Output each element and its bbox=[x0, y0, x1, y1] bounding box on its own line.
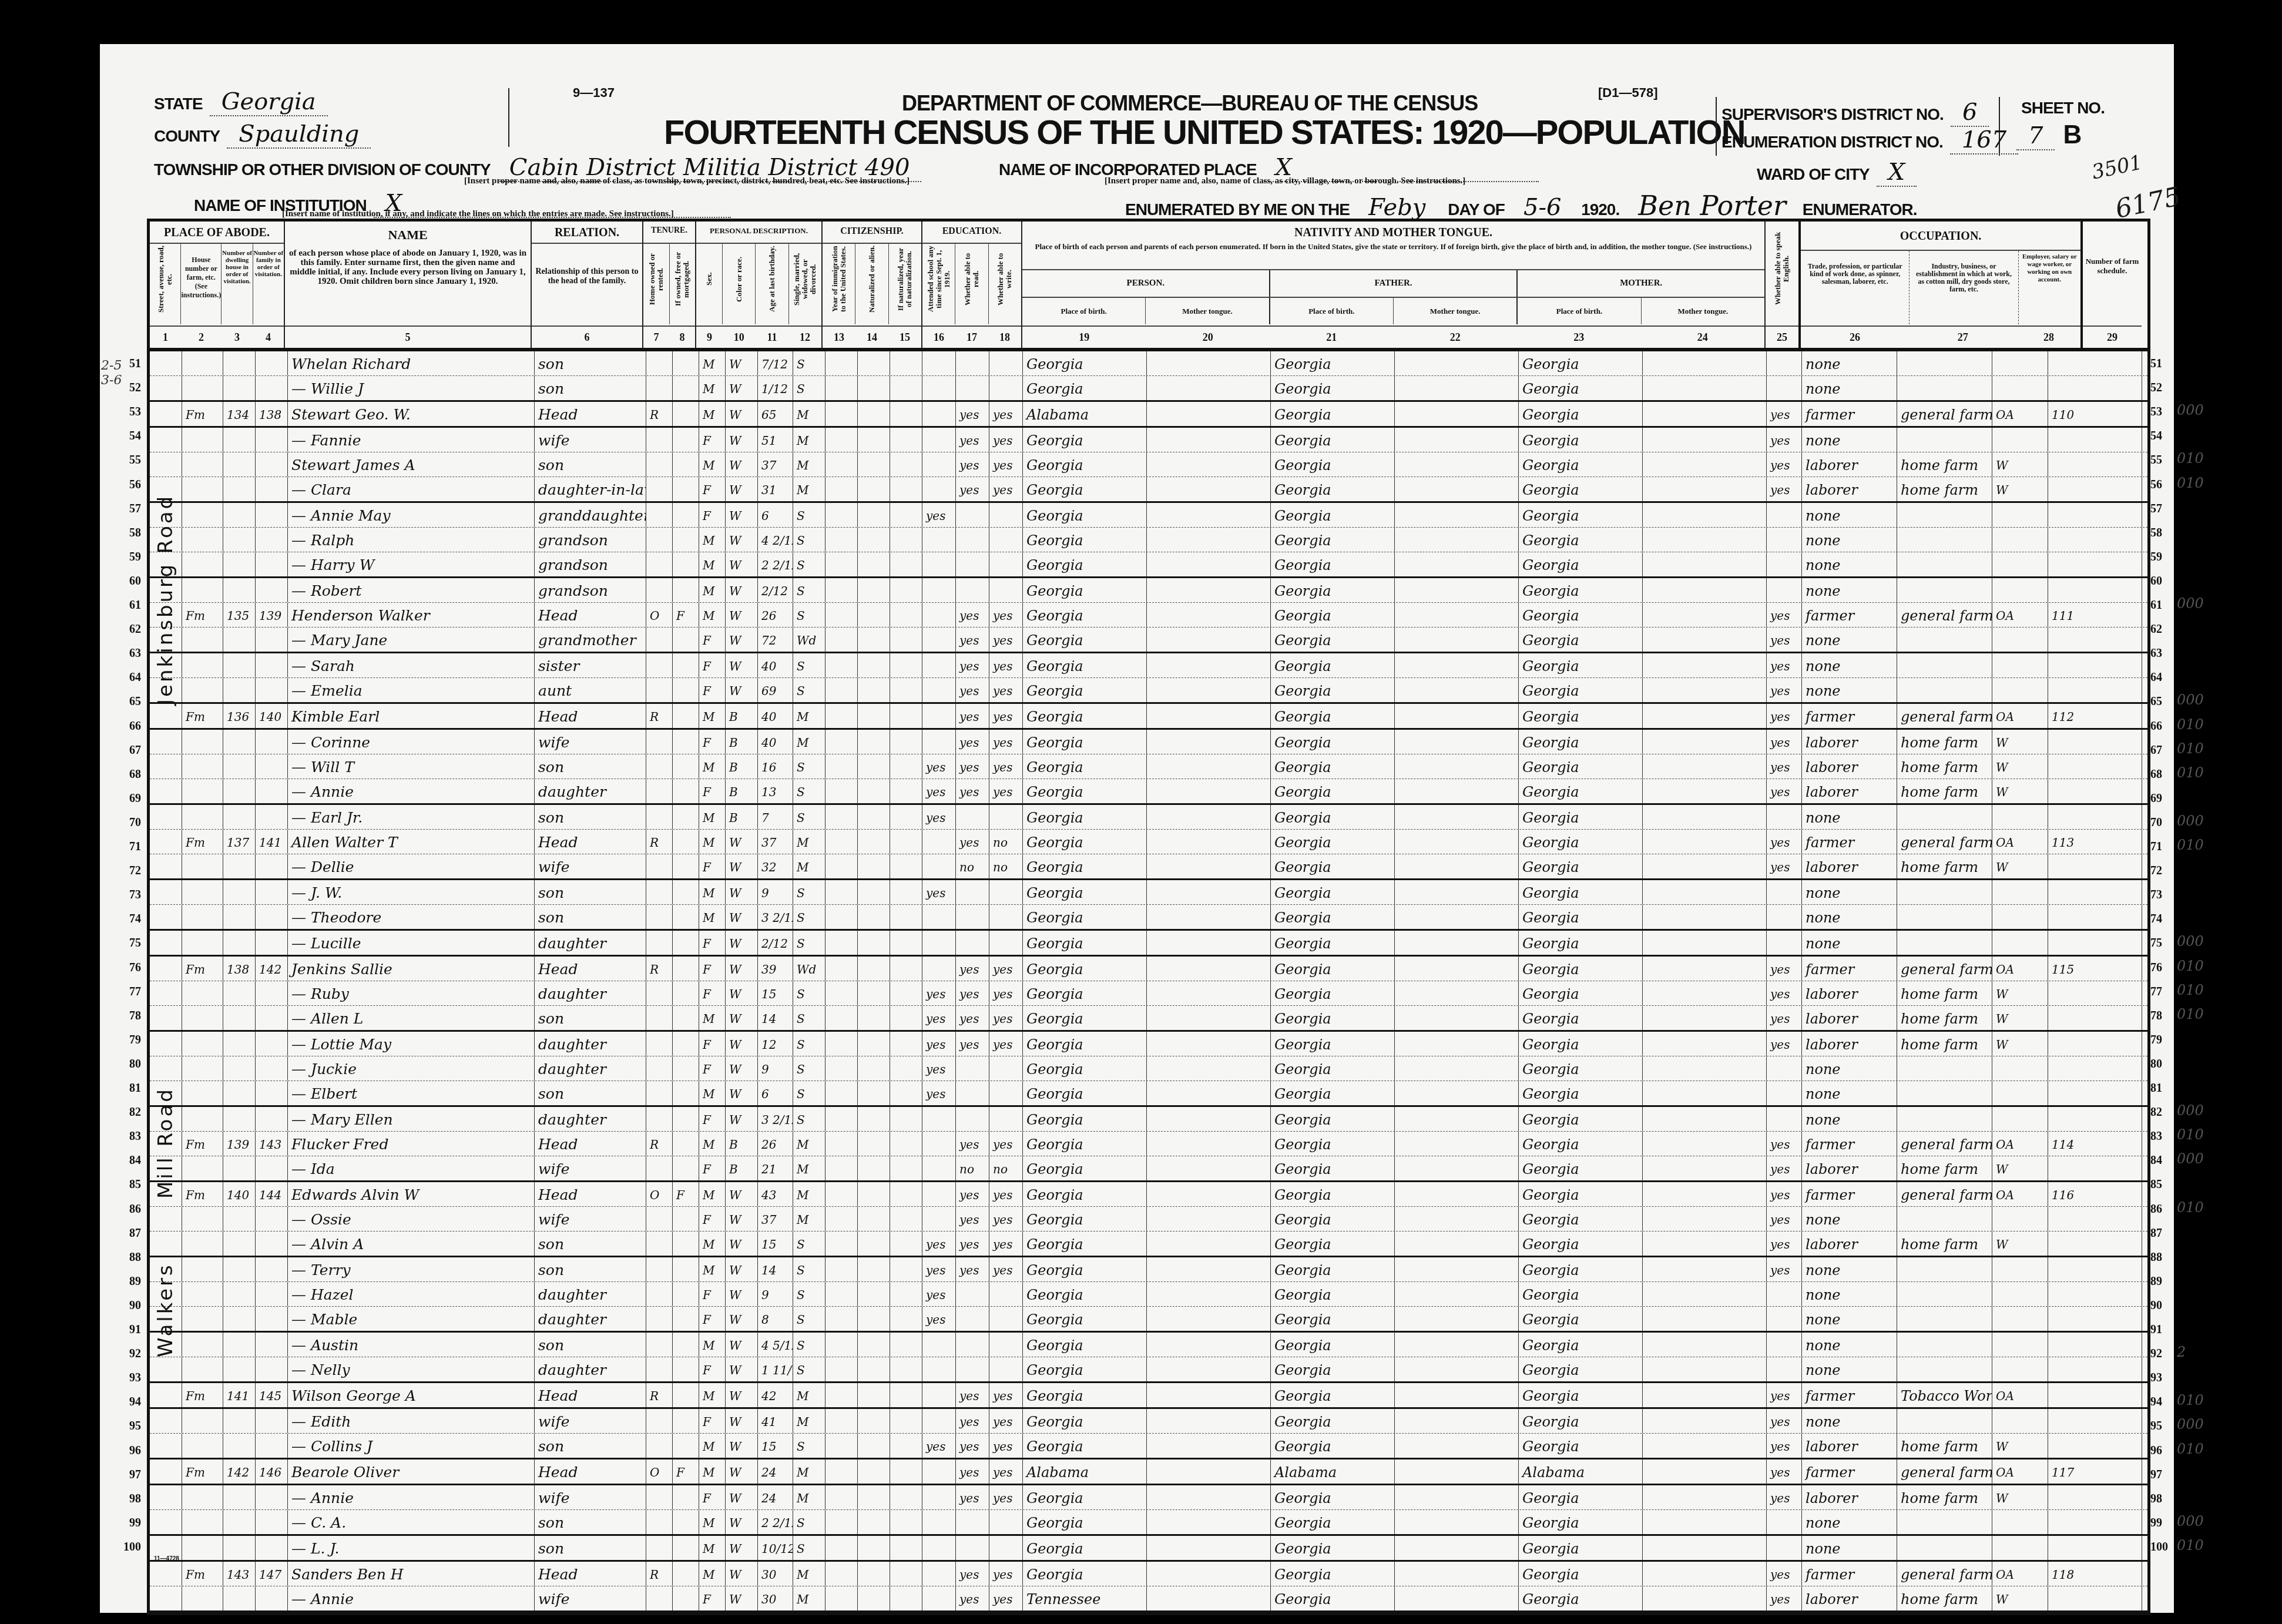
cell-read: yes bbox=[956, 678, 989, 702]
cell-trade: none bbox=[1802, 428, 1897, 452]
cell-sex: M bbox=[699, 1562, 726, 1586]
cell-mortgage bbox=[673, 1207, 699, 1231]
cell-natur bbox=[858, 578, 890, 602]
cell-marital: S bbox=[793, 528, 825, 552]
table-row: — J. W.sonMW9SyesGeorgiaGeorgiaGeorgiano… bbox=[150, 880, 2147, 905]
cell-dwelling bbox=[223, 477, 256, 501]
cell-industry: home farm bbox=[1897, 754, 1992, 779]
cell-class bbox=[1992, 678, 2048, 702]
cell-house bbox=[182, 1081, 223, 1105]
cell-class: W bbox=[1992, 1006, 2048, 1030]
table-row: — ElbertsonMW6SyesGeorgiaGeorgiaGeorgian… bbox=[150, 1081, 2147, 1107]
cell-write: yes bbox=[989, 653, 1023, 677]
cell-trade: none bbox=[1802, 931, 1897, 955]
cell-marital: S bbox=[793, 1056, 825, 1081]
cell-family bbox=[256, 1536, 288, 1560]
cell-name: — Ida bbox=[288, 1156, 535, 1180]
cell-name: — Emelia bbox=[288, 678, 535, 702]
cell-dwelling bbox=[223, 428, 256, 452]
cell-color: B bbox=[726, 730, 758, 754]
line-number-left: 54 bbox=[106, 430, 141, 443]
cell-class bbox=[1992, 503, 2048, 527]
cell-color: W bbox=[726, 1536, 758, 1560]
cell-pob: Georgia bbox=[1023, 1107, 1147, 1131]
cell-ftongue bbox=[1395, 805, 1519, 829]
cell-tenure bbox=[646, 1207, 673, 1231]
cell-farm bbox=[2048, 1536, 2142, 1560]
institution-note: [Insert name of institution, if any, and… bbox=[282, 209, 674, 219]
table-row: — EmeliaauntFW69SyesyesGeorgiaGeorgiaGeo… bbox=[150, 678, 2147, 704]
cell-ftongue bbox=[1395, 628, 1519, 652]
cell-natur bbox=[858, 1485, 890, 1509]
table-row: — AustinsonMW4 5/12SGeorgiaGeorgiaGeorgi… bbox=[150, 1333, 2147, 1357]
cell-name: — Fannie bbox=[288, 428, 535, 452]
cell-dwelling: 139 bbox=[223, 1132, 256, 1156]
table-row: — C. A.sonMW2 2/12SGeorgiaGeorgiaGeorgia… bbox=[150, 1510, 2147, 1536]
cell-english bbox=[1767, 376, 1802, 400]
cell-mpob: Georgia bbox=[1519, 830, 1643, 854]
cell-house bbox=[182, 1056, 223, 1081]
cell-sex: M bbox=[699, 1333, 726, 1357]
cell-ftongue bbox=[1395, 931, 1519, 955]
cell-street bbox=[150, 1459, 182, 1484]
cell-english bbox=[1767, 1307, 1802, 1331]
cell-fpob: Georgia bbox=[1271, 1032, 1395, 1056]
cell-farm: 115 bbox=[2048, 957, 2142, 981]
column-headers: PLACE OF ABODE. Street, avenue, road, et… bbox=[150, 222, 2147, 351]
cell-mpob: Georgia bbox=[1519, 1056, 1643, 1081]
cell-class bbox=[1992, 1409, 2048, 1433]
cell-read bbox=[956, 1081, 989, 1105]
line-number-right: 79 bbox=[2150, 1034, 2162, 1047]
cell-farm bbox=[2048, 1156, 2142, 1180]
table-row: Fm140144Edwards Alvin WHeadOFMW43Myesyes… bbox=[150, 1182, 2147, 1207]
cell-natur bbox=[858, 754, 890, 779]
cell-house bbox=[182, 754, 223, 779]
cell-school bbox=[922, 653, 956, 677]
cell-read bbox=[956, 503, 989, 527]
cell-class bbox=[1992, 653, 2048, 677]
census-title: FOURTEENTH CENSUS OF THE UNITED STATES: … bbox=[664, 113, 1745, 152]
cell-immig bbox=[825, 428, 858, 452]
cell-street bbox=[150, 704, 182, 728]
cell-family: 140 bbox=[256, 704, 288, 728]
cell-age: 9 bbox=[758, 1282, 793, 1306]
cell-english: yes bbox=[1767, 1132, 1802, 1156]
cell-name: — Will T bbox=[288, 754, 535, 779]
cell-marital: S bbox=[793, 603, 825, 627]
cell-marital: S bbox=[793, 880, 825, 904]
cell-farm bbox=[2048, 1257, 2142, 1281]
line-number-right: 78 bbox=[2150, 1009, 2162, 1023]
cell-mtongue bbox=[1147, 779, 1271, 803]
cell-farm bbox=[2048, 1282, 2142, 1306]
cell-relation: son bbox=[535, 1232, 646, 1256]
cell-marital: S bbox=[793, 1107, 825, 1131]
cell-read bbox=[956, 578, 989, 602]
cell-mpob: Georgia bbox=[1519, 1107, 1643, 1131]
cell-mtongue bbox=[1147, 1006, 1271, 1030]
cell-pob: Georgia bbox=[1023, 1257, 1147, 1281]
coding-note: 010 bbox=[2177, 1199, 2204, 1216]
cell-relation: wife bbox=[535, 854, 646, 878]
cell-industry bbox=[1897, 1107, 1992, 1131]
line-number-left: 66 bbox=[106, 720, 141, 733]
cell-sex: F bbox=[699, 1156, 726, 1180]
line-number-left: 92 bbox=[106, 1347, 141, 1361]
cell-trade: laborer bbox=[1802, 452, 1897, 477]
cell-mtongue bbox=[1147, 1536, 1271, 1560]
line-number-left: 53 bbox=[106, 405, 141, 419]
line-number-right: 83 bbox=[2150, 1130, 2162, 1143]
cell-street bbox=[150, 779, 182, 803]
cell-english: yes bbox=[1767, 603, 1802, 627]
cell-mortgage bbox=[673, 1081, 699, 1105]
cell-sex: F bbox=[699, 1485, 726, 1509]
cell-mortgage bbox=[673, 1383, 699, 1407]
cell-trade: laborer bbox=[1802, 1232, 1897, 1256]
cell-trade: none bbox=[1802, 1333, 1897, 1357]
cell-class: OA bbox=[1992, 1182, 2048, 1206]
cell-mtongue2 bbox=[1643, 653, 1767, 677]
street-annotation-mill-road: Mill Road bbox=[154, 1034, 177, 1199]
cell-mortgage bbox=[673, 1232, 699, 1256]
cell-school bbox=[922, 730, 956, 754]
cell-relation: grandmother bbox=[535, 628, 646, 652]
cell-tenure bbox=[646, 678, 673, 702]
cell-ftongue bbox=[1395, 1383, 1519, 1407]
cell-mtongue2 bbox=[1643, 1586, 1767, 1610]
coding-note: 000 bbox=[2177, 692, 2204, 708]
cell-marital: M bbox=[793, 854, 825, 878]
table-body: Whelan RichardsonMW7/12SGeorgiaGeorgiaGe… bbox=[150, 351, 2147, 1612]
cell-immig bbox=[825, 503, 858, 527]
cell-marital: S bbox=[793, 1232, 825, 1256]
cell-color: W bbox=[726, 1307, 758, 1331]
cell-age: 9 bbox=[758, 1056, 793, 1081]
cell-natur bbox=[858, 1232, 890, 1256]
cell-natyear bbox=[890, 1459, 922, 1484]
cell-mpob: Georgia bbox=[1519, 1562, 1643, 1586]
sheet-label: SHEET NO. bbox=[2021, 99, 2105, 117]
cell-tenure bbox=[646, 1232, 673, 1256]
enumerated-month: Feby bbox=[1357, 194, 1437, 222]
cell-class bbox=[1992, 628, 2048, 652]
cell-color: W bbox=[726, 905, 758, 929]
cell-mtongue bbox=[1147, 552, 1271, 576]
cell-immig bbox=[825, 1586, 858, 1610]
cell-english: yes bbox=[1767, 730, 1802, 754]
cell-street bbox=[150, 1357, 182, 1381]
cell-write bbox=[989, 1357, 1023, 1381]
cell-dwelling bbox=[223, 1536, 256, 1560]
cell-relation: son bbox=[535, 452, 646, 477]
cell-mtongue bbox=[1147, 704, 1271, 728]
line-number-right: 51 bbox=[2150, 357, 2162, 371]
cell-industry bbox=[1897, 628, 1992, 652]
cell-house bbox=[182, 880, 223, 904]
table-row: — Annie MaygranddaughterFW6SyesGeorgiaGe… bbox=[150, 503, 2147, 528]
cell-mortgage bbox=[673, 1282, 699, 1306]
cell-dwelling bbox=[223, 452, 256, 477]
cell-mpob: Georgia bbox=[1519, 704, 1643, 728]
cell-pob: Georgia bbox=[1023, 351, 1147, 375]
enumeration-value: 167 bbox=[1950, 126, 2018, 155]
cell-write: yes bbox=[989, 1409, 1023, 1433]
cell-mpob: Georgia bbox=[1519, 905, 1643, 929]
cell-trade: farmer bbox=[1802, 402, 1897, 426]
cell-trade: farmer bbox=[1802, 603, 1897, 627]
table-row: Fm134138Stewart Geo. W.HeadRMW65MyesyesA… bbox=[150, 402, 2147, 428]
cell-mtongue2 bbox=[1643, 730, 1767, 754]
cell-mtongue bbox=[1147, 1459, 1271, 1484]
cell-marital: M bbox=[793, 704, 825, 728]
cell-school bbox=[922, 1485, 956, 1509]
cell-mtongue2 bbox=[1643, 503, 1767, 527]
cell-industry: general farm bbox=[1897, 1562, 1992, 1586]
cell-mpob: Georgia bbox=[1519, 376, 1643, 400]
cell-pob: Georgia bbox=[1023, 1562, 1147, 1586]
cell-mtongue2 bbox=[1643, 880, 1767, 904]
cell-english: yes bbox=[1767, 981, 1802, 1005]
cell-write: yes bbox=[989, 1586, 1023, 1610]
cell-trade: none bbox=[1802, 1257, 1897, 1281]
line-number-right: 99 bbox=[2150, 1516, 2162, 1530]
cell-relation: son bbox=[535, 351, 646, 375]
cell-name: Kimble Earl bbox=[288, 704, 535, 728]
cell-natyear bbox=[890, 805, 922, 829]
cell-read: yes bbox=[956, 1586, 989, 1610]
cell-tenure: R bbox=[646, 957, 673, 981]
cell-sex: M bbox=[699, 528, 726, 552]
cell-mpob: Georgia bbox=[1519, 1032, 1643, 1056]
cell-street bbox=[150, 1409, 182, 1433]
cell-relation: Head bbox=[535, 402, 646, 426]
cell-natyear bbox=[890, 1357, 922, 1381]
cell-immig bbox=[825, 730, 858, 754]
cell-english: yes bbox=[1767, 754, 1802, 779]
cell-school bbox=[922, 452, 956, 477]
cell-pob: Alabama bbox=[1023, 1459, 1147, 1484]
cell-trade: laborer bbox=[1802, 1485, 1897, 1509]
table-row: Fm141145Wilson George AHeadRMW42MyesyesG… bbox=[150, 1383, 2147, 1409]
cell-farm: 111 bbox=[2048, 603, 2142, 627]
cell-ftongue bbox=[1395, 1434, 1519, 1458]
cell-class bbox=[1992, 1536, 2048, 1560]
cell-english bbox=[1767, 1510, 1802, 1534]
cell-mpob: Georgia bbox=[1519, 1257, 1643, 1281]
cell-ftongue bbox=[1395, 1107, 1519, 1131]
line-number-right: 87 bbox=[2150, 1227, 2162, 1240]
cell-age: 37 bbox=[758, 1207, 793, 1231]
cell-age: 16 bbox=[758, 754, 793, 779]
cell-industry bbox=[1897, 1257, 1992, 1281]
cell-sex: M bbox=[699, 1536, 726, 1560]
cell-age: 21 bbox=[758, 1156, 793, 1180]
line-number-right: 91 bbox=[2150, 1323, 2162, 1337]
line-number-left: 64 bbox=[106, 671, 141, 685]
cell-ftongue bbox=[1395, 754, 1519, 779]
cell-english bbox=[1767, 528, 1802, 552]
cell-tenure bbox=[646, 880, 673, 904]
department-title: DEPARTMENT OF COMMERCE—BUREAU OF THE CEN… bbox=[902, 91, 1478, 116]
cell-relation: Head bbox=[535, 603, 646, 627]
cell-ftongue bbox=[1395, 1409, 1519, 1433]
cell-age: 3 2/12 bbox=[758, 1107, 793, 1131]
cell-name: — Harry W bbox=[288, 552, 535, 576]
cell-school bbox=[922, 1156, 956, 1180]
cell-color: B bbox=[726, 754, 758, 779]
cell-school bbox=[922, 628, 956, 652]
cell-class bbox=[1992, 1056, 2048, 1081]
cell-mtongue bbox=[1147, 1207, 1271, 1231]
cell-mtongue2 bbox=[1643, 477, 1767, 501]
cell-relation: wife bbox=[535, 1586, 646, 1610]
cell-english bbox=[1767, 1536, 1802, 1560]
cell-marital: M bbox=[793, 830, 825, 854]
cell-natyear bbox=[890, 452, 922, 477]
cell-sex: M bbox=[699, 1182, 726, 1206]
line-number-right: 88 bbox=[2150, 1251, 2162, 1264]
cell-mpob: Georgia bbox=[1519, 628, 1643, 652]
cell-trade: none bbox=[1802, 1081, 1897, 1105]
cell-mpob: Georgia bbox=[1519, 1536, 1643, 1560]
cell-english: yes bbox=[1767, 1409, 1802, 1433]
col-4-label: Number of family in order of visitation. bbox=[253, 244, 284, 324]
cell-write bbox=[989, 376, 1023, 400]
cell-color: W bbox=[726, 1434, 758, 1458]
cell-family: 146 bbox=[256, 1459, 288, 1484]
cell-trade: farmer bbox=[1802, 704, 1897, 728]
cell-house bbox=[182, 1032, 223, 1056]
cell-industry: general farm bbox=[1897, 957, 1992, 981]
cell-mtongue bbox=[1147, 1586, 1271, 1610]
line-number-left: 63 bbox=[106, 647, 141, 660]
cell-pob: Georgia bbox=[1023, 830, 1147, 854]
cell-mtongue2 bbox=[1643, 754, 1767, 779]
cell-immig bbox=[825, 402, 858, 426]
cell-class bbox=[1992, 1307, 2048, 1331]
cell-school bbox=[922, 552, 956, 576]
coding-note: 010 bbox=[2177, 475, 2204, 491]
cell-mtongue2 bbox=[1643, 1006, 1767, 1030]
cell-tenure bbox=[646, 503, 673, 527]
cell-natur bbox=[858, 402, 890, 426]
cell-tenure: O bbox=[646, 1182, 673, 1206]
table-row: — SarahsisterFW40SyesyesGeorgiaGeorgiaGe… bbox=[150, 653, 2147, 678]
cell-industry bbox=[1897, 1282, 1992, 1306]
cell-marital: S bbox=[793, 678, 825, 702]
cell-class: OA bbox=[1992, 957, 2048, 981]
cell-industry bbox=[1897, 880, 1992, 904]
cell-mtongue2 bbox=[1643, 628, 1767, 652]
cell-school: yes bbox=[922, 779, 956, 803]
cell-write bbox=[989, 805, 1023, 829]
cell-immig bbox=[825, 931, 858, 955]
cell-trade: none bbox=[1802, 376, 1897, 400]
population-table: PLACE OF ABODE. Street, avenue, road, et… bbox=[147, 219, 2150, 1615]
cell-farm: 116 bbox=[2048, 1182, 2142, 1206]
cell-sex: M bbox=[699, 1383, 726, 1407]
cell-street bbox=[150, 1006, 182, 1030]
line-number-left: 61 bbox=[106, 599, 141, 612]
cell-write: yes bbox=[989, 402, 1023, 426]
cell-ftongue bbox=[1395, 957, 1519, 981]
cell-relation: daughter bbox=[535, 1107, 646, 1131]
cell-write: yes bbox=[989, 477, 1023, 501]
cell-dwelling bbox=[223, 1257, 256, 1281]
cell-pob: Georgia bbox=[1023, 1434, 1147, 1458]
cell-tenure bbox=[646, 854, 673, 878]
cell-mpob: Georgia bbox=[1519, 1182, 1643, 1206]
cell-color: W bbox=[726, 552, 758, 576]
cell-class: OA bbox=[1992, 1132, 2048, 1156]
cell-read: yes bbox=[956, 1182, 989, 1206]
cell-immig bbox=[825, 1510, 858, 1534]
cell-industry bbox=[1897, 1207, 1992, 1231]
cell-house: Fm bbox=[182, 957, 223, 981]
table-row: Whelan RichardsonMW7/12SGeorgiaGeorgiaGe… bbox=[150, 351, 2147, 376]
cell-mtongue2 bbox=[1643, 1383, 1767, 1407]
cell-mtongue bbox=[1147, 1056, 1271, 1081]
cell-school bbox=[922, 1459, 956, 1484]
cell-ftongue bbox=[1395, 603, 1519, 627]
cell-dwelling: 137 bbox=[223, 830, 256, 854]
cell-ftongue bbox=[1395, 981, 1519, 1005]
table-row: — DelliewifeFW32MnonoGeorgiaGeorgiaGeorg… bbox=[150, 854, 2147, 880]
cell-immig bbox=[825, 578, 858, 602]
cell-tenure bbox=[646, 931, 673, 955]
cell-name: — Ossie bbox=[288, 1207, 535, 1231]
cell-write: yes bbox=[989, 957, 1023, 981]
cell-read: no bbox=[956, 1156, 989, 1180]
cell-house bbox=[182, 1536, 223, 1560]
cell-tenure bbox=[646, 779, 673, 803]
cell-natyear bbox=[890, 1156, 922, 1180]
cell-relation: Head bbox=[535, 1182, 646, 1206]
line-number-right: 67 bbox=[2150, 744, 2162, 757]
cell-trade: none bbox=[1802, 1357, 1897, 1381]
cell-trade: none bbox=[1802, 1536, 1897, 1560]
cell-english: yes bbox=[1767, 779, 1802, 803]
cell-age: 39 bbox=[758, 957, 793, 981]
cell-mtongue bbox=[1147, 981, 1271, 1005]
cell-house bbox=[182, 1485, 223, 1509]
cell-family bbox=[256, 1485, 288, 1509]
cell-industry: general farm bbox=[1897, 402, 1992, 426]
cell-write: yes bbox=[989, 754, 1023, 779]
cell-immig bbox=[825, 779, 858, 803]
cell-mortgage bbox=[673, 1536, 699, 1560]
cell-tenure: R bbox=[646, 1383, 673, 1407]
cell-pob: Georgia bbox=[1023, 1536, 1147, 1560]
cell-dwelling bbox=[223, 1510, 256, 1534]
cell-mtongue2 bbox=[1643, 981, 1767, 1005]
cell-industry: home farm bbox=[1897, 1586, 1992, 1610]
cell-mtongue2 bbox=[1643, 402, 1767, 426]
cell-sex: M bbox=[699, 1257, 726, 1281]
line-number-right: 95 bbox=[2150, 1420, 2162, 1433]
cell-farm bbox=[2048, 905, 2142, 929]
cell-name: Stewart Geo. W. bbox=[288, 402, 535, 426]
cell-house bbox=[182, 376, 223, 400]
cell-mortgage bbox=[673, 754, 699, 779]
cell-sex: F bbox=[699, 653, 726, 677]
cell-tenure: O bbox=[646, 1459, 673, 1484]
cell-sex: F bbox=[699, 854, 726, 878]
cell-english: yes bbox=[1767, 1459, 1802, 1484]
cell-mtongue2 bbox=[1643, 1357, 1767, 1381]
